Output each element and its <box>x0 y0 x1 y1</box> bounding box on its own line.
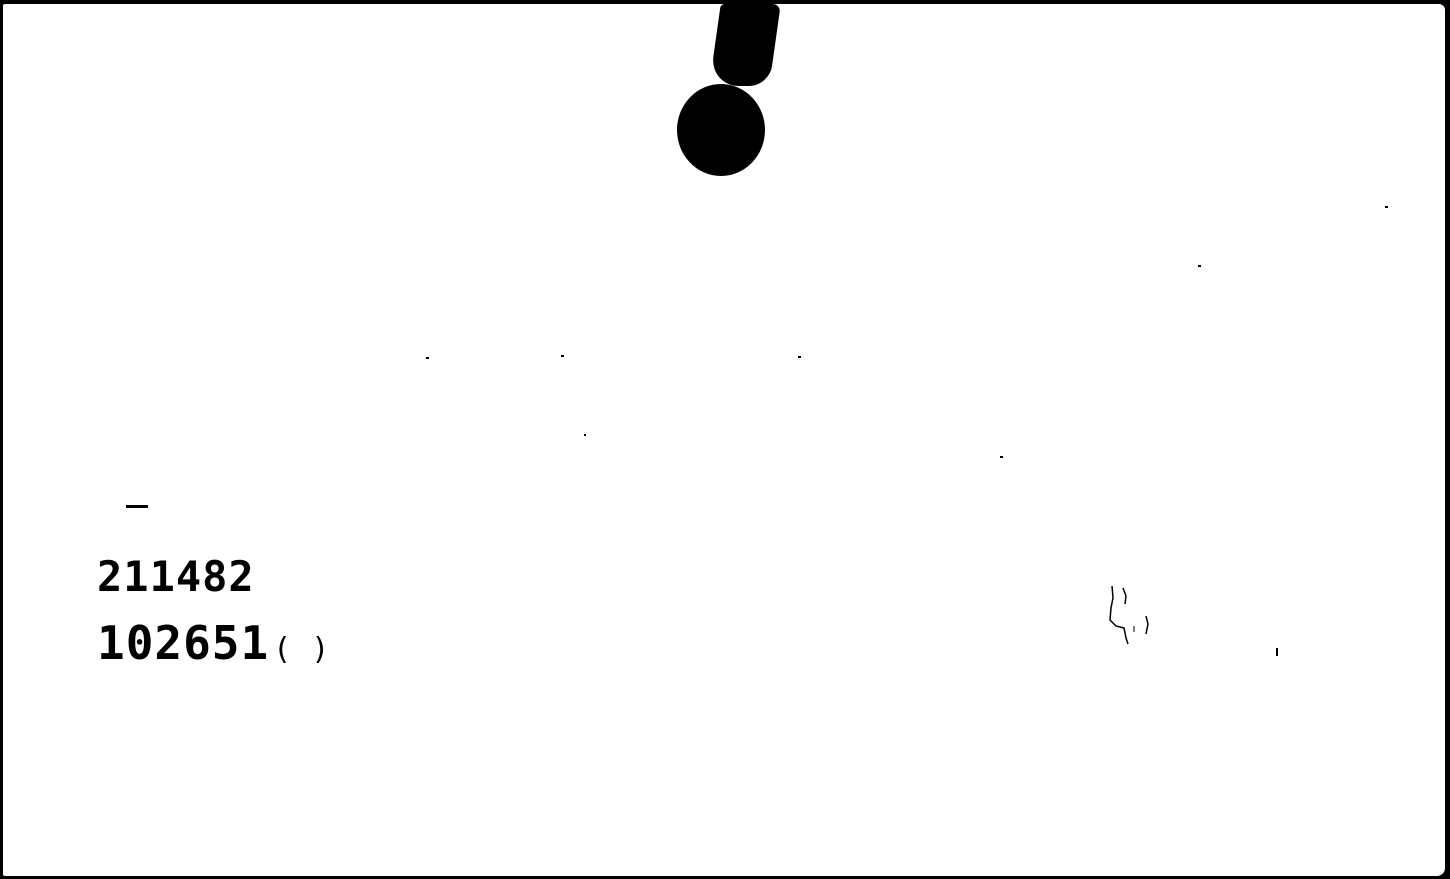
speck <box>1385 206 1388 208</box>
number-suffix: ( ) <box>273 632 330 667</box>
number-text: 211482 <box>97 552 255 601</box>
ink-blot-stem <box>709 4 781 86</box>
speck <box>426 357 429 359</box>
dash-mark <box>126 505 148 508</box>
speck <box>798 356 801 358</box>
speck <box>1000 456 1003 458</box>
card-number-primary: 211482 <box>97 556 255 598</box>
speck <box>1276 648 1278 656</box>
punch-hole-blot <box>677 84 765 176</box>
index-card: 211482 102651( ) <box>3 4 1445 876</box>
number-text: 102651 <box>97 616 269 670</box>
speck <box>561 355 564 357</box>
pencil-scribble <box>1108 584 1158 646</box>
speck <box>1198 265 1201 267</box>
speck <box>584 434 586 436</box>
card-number-secondary: 102651( ) <box>97 620 330 666</box>
